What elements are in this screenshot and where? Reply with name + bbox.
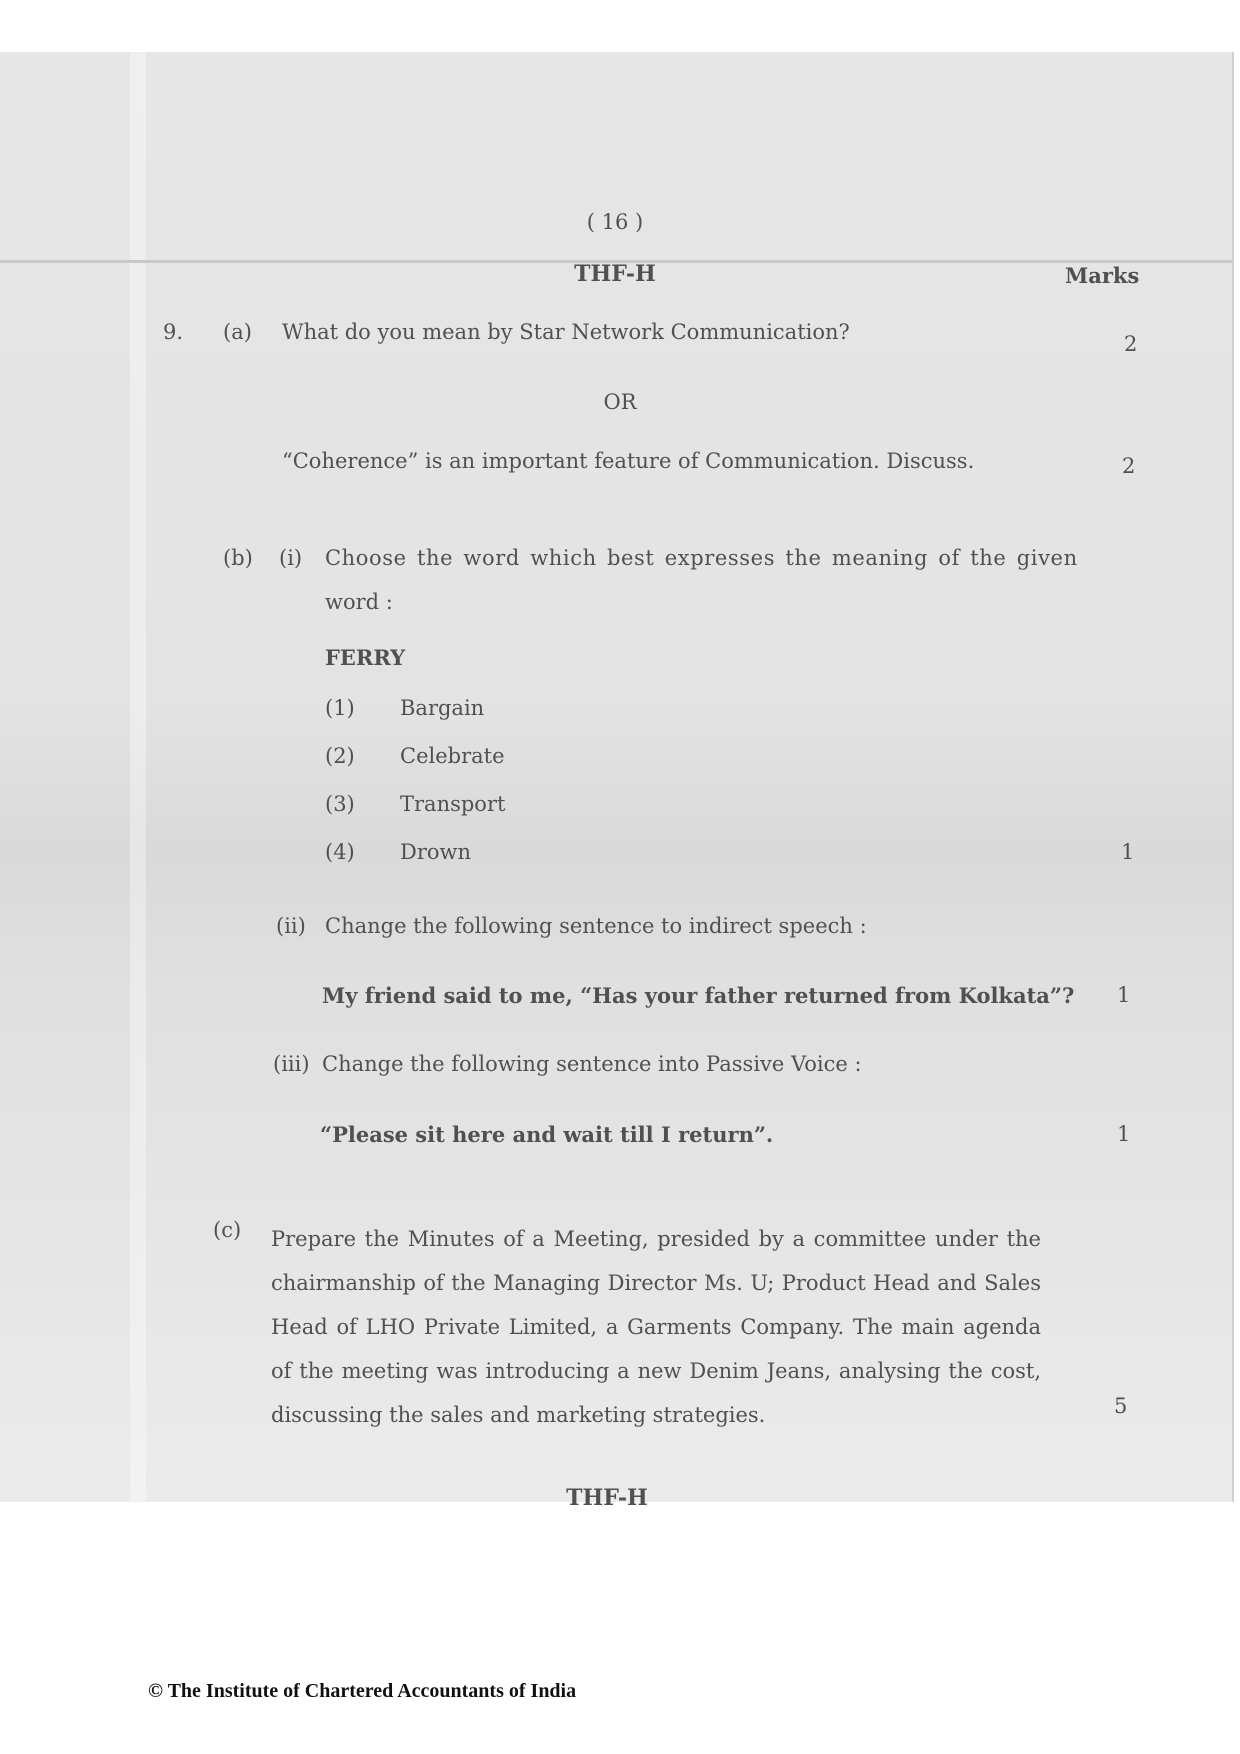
- marks-heading: Marks: [1065, 265, 1139, 286]
- scan-artifact: [130, 52, 146, 1502]
- option-4-text: Drown: [400, 842, 471, 863]
- part-c-marks: 5: [1114, 1396, 1127, 1417]
- part-c-text: Prepare the Minutes of a Meeting, presid…: [271, 1217, 1041, 1437]
- copyright-notice: © The Institute of Chartered Accountants…: [148, 1680, 576, 1703]
- option-1-text: Bargain: [400, 698, 484, 719]
- option-2-number: (2): [325, 746, 355, 767]
- part-c-label: (c): [213, 1220, 241, 1241]
- paper-code-header: THF-H: [574, 263, 656, 285]
- part-a-alt-text: “Coherence” is an important feature of C…: [282, 451, 974, 472]
- part-b-ii-label: (ii): [276, 916, 306, 937]
- part-b-iii-label: (iii): [273, 1054, 310, 1075]
- part-b-iii-marks: 1: [1117, 1124, 1130, 1145]
- or-separator: OR: [603, 392, 636, 413]
- page-number: ( 16 ): [587, 212, 643, 233]
- option-2-text: Celebrate: [400, 746, 505, 767]
- question-number: 9.: [163, 322, 183, 343]
- part-b-ii-marks: 1: [1117, 985, 1130, 1006]
- part-b-i-text-line2: word :: [325, 592, 393, 613]
- part-a-label: (a): [223, 322, 252, 343]
- part-a-alt-marks: 2: [1122, 456, 1135, 477]
- part-b-iii-sentence: “Please sit here and wait till I return”…: [320, 1124, 773, 1145]
- part-b-i-marks: 1: [1121, 842, 1134, 863]
- option-1-number: (1): [325, 698, 355, 719]
- part-b-iii-text: Change the following sentence into Passi…: [322, 1054, 862, 1075]
- part-b-ii-sentence: My friend said to me, “Has your father r…: [322, 985, 1074, 1006]
- option-3-text: Transport: [400, 794, 505, 815]
- part-b-label: (b): [223, 548, 253, 569]
- part-a-text: What do you mean by Star Network Communi…: [282, 322, 850, 343]
- given-word: FERRY: [325, 647, 405, 668]
- part-b-i-label: (i): [279, 548, 302, 569]
- option-4-number: (4): [325, 842, 355, 863]
- paper-code-footer: THF-H: [566, 1487, 648, 1509]
- option-3-number: (3): [325, 794, 355, 815]
- part-b-i-text-line1: Choose the word which best expresses the…: [325, 548, 1078, 569]
- part-a-marks: 2: [1124, 334, 1137, 355]
- part-b-ii-text: Change the following sentence to indirec…: [325, 916, 867, 937]
